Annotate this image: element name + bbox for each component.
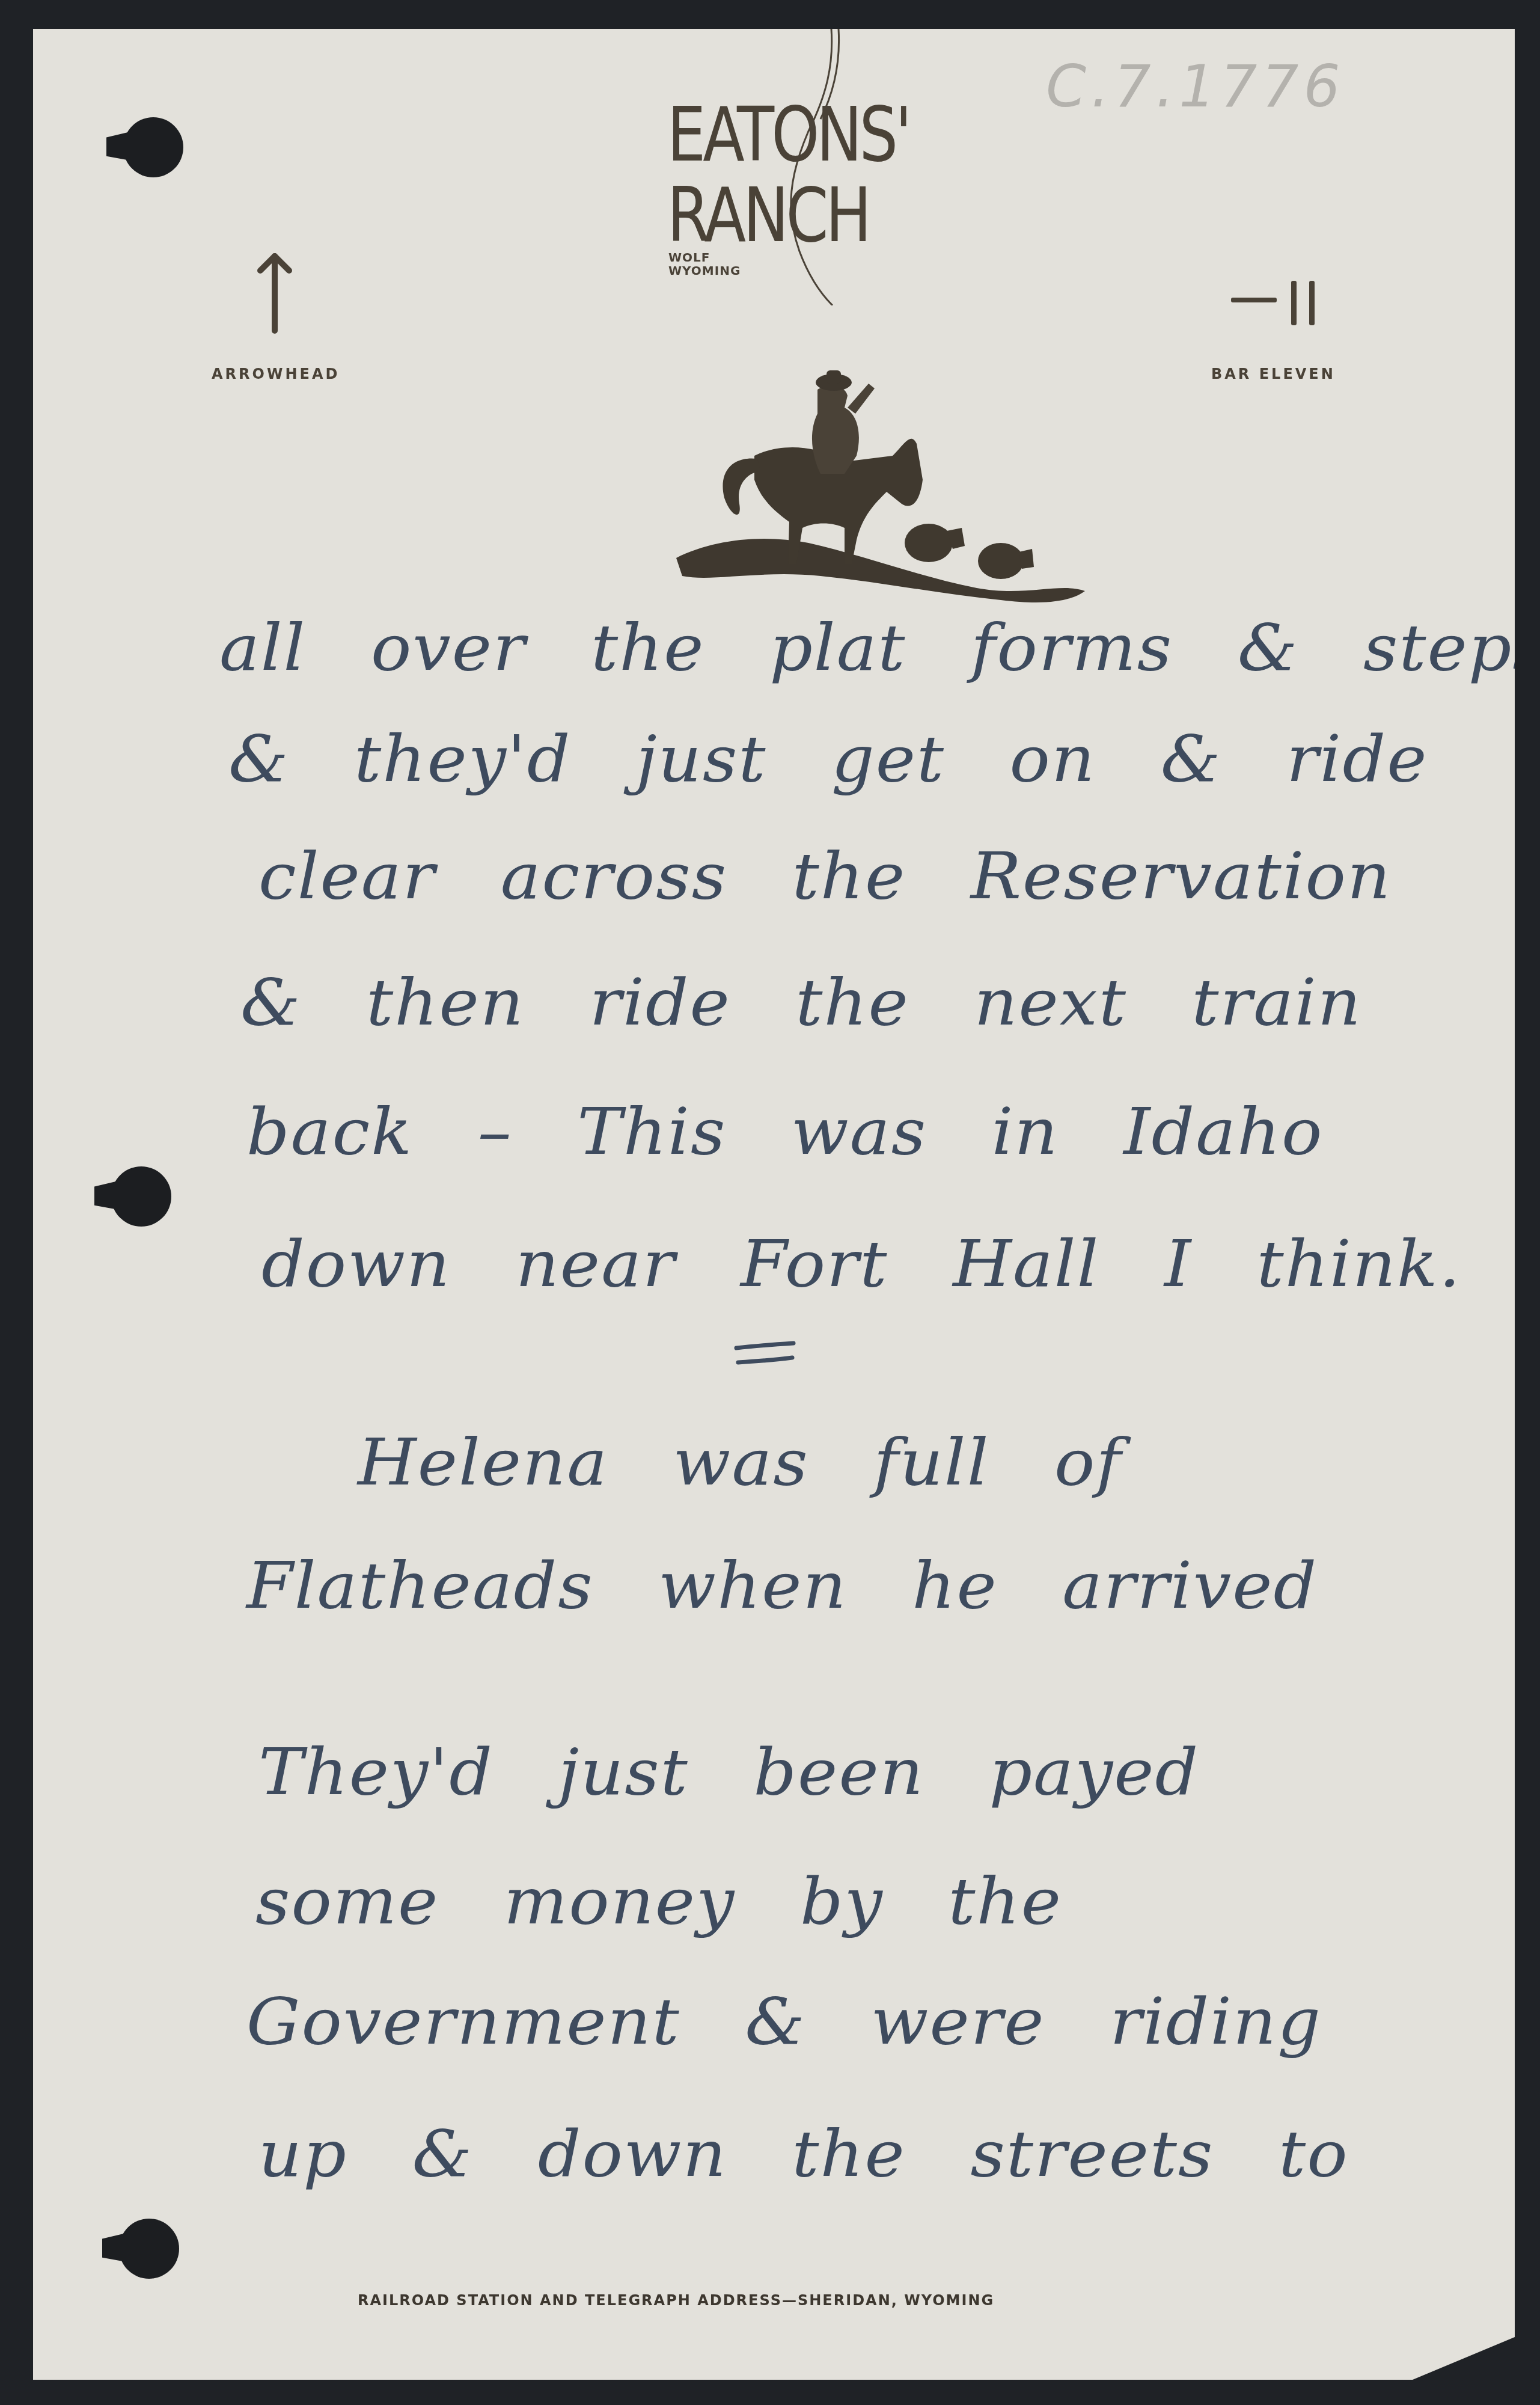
cowboy-rider-illustration-icon bbox=[664, 323, 1097, 606]
letterhead-location: WOLF WYOMING bbox=[668, 251, 741, 277]
bar-eleven-icon bbox=[1229, 278, 1319, 326]
accession-number: C.7.1776 bbox=[1046, 53, 1345, 120]
handwritten-line: down near Fort Hall I think. bbox=[261, 1227, 1461, 1302]
handwritten-line: all over the plat forms & steps bbox=[219, 611, 1540, 685]
letterhead-title: EATONS' RANCH bbox=[667, 95, 909, 256]
letterhead-title-line2: RANCH bbox=[667, 176, 909, 256]
handwritten-line: & then ride the next train bbox=[240, 966, 1362, 1040]
handwritten-line: Helena was full of bbox=[358, 1426, 1122, 1500]
handwritten-line: up & down the streets to bbox=[258, 2117, 1349, 2192]
letterhead-location-line1: WOLF bbox=[668, 251, 741, 264]
letterhead-footer: RAILROAD STATION AND TELEGRAPH ADDRESS—S… bbox=[358, 2292, 994, 2309]
brand-label-bar-eleven: BAR ELEVEN bbox=[1211, 366, 1336, 382]
punch-hole-bottom bbox=[119, 2219, 179, 2279]
punch-hole-top bbox=[123, 117, 183, 177]
handwritten-line: They'd just been payed bbox=[258, 1735, 1199, 1810]
handwritten-line: Government & were riding bbox=[246, 1985, 1322, 2059]
letter-page: C.7.1776 EATONS' RANCH WOLF WYOMING ARRO… bbox=[33, 29, 1515, 2380]
handwritten-line: some money by the bbox=[255, 1864, 1062, 1939]
handwritten-line: Flatheads when he arrived bbox=[246, 1549, 1318, 1623]
handwritten-line: back – This was in Idaho bbox=[246, 1095, 1324, 1169]
letterhead-title-line1: EATONS' bbox=[667, 95, 909, 176]
handwritten-line: clear across the Reservation bbox=[258, 839, 1392, 914]
brand-label-arrowhead: ARROWHEAD bbox=[212, 366, 340, 382]
handwritten-line: & they'd just get on & ride bbox=[228, 722, 1428, 797]
letterhead-location-line2: WYOMING bbox=[668, 264, 741, 277]
double-line-divider-icon bbox=[733, 1340, 799, 1370]
punch-hole-middle bbox=[111, 1166, 171, 1227]
arrow-up-icon bbox=[255, 253, 294, 334]
